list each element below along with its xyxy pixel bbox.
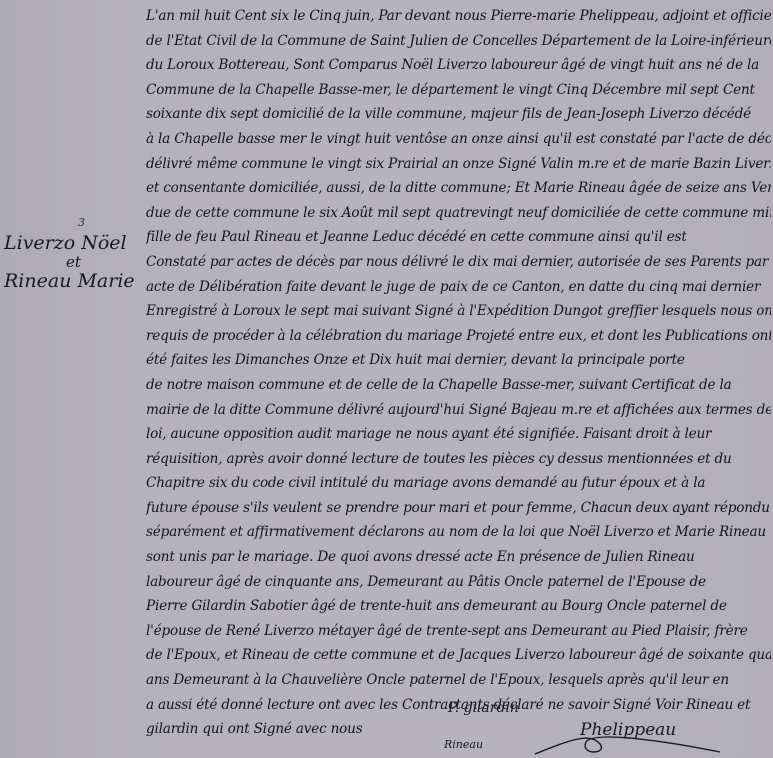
record-line: de l'Etat Civil de la Commune de Saint J…	[146, 29, 771, 54]
signature-flourish-icon	[530, 730, 730, 758]
record-line: ans Demeurant à la Chauvelière Oncle pat…	[146, 668, 771, 693]
margin-conjunction: et	[4, 254, 154, 270]
record-line: future épouse s'ils veulent se prendre p…	[146, 496, 771, 521]
record-line: loi, aucune opposition audit mariage ne …	[146, 422, 771, 447]
record-line: et consentante domiciliée, aussi, de la …	[146, 176, 771, 201]
record-line: fille de feu Paul Rineau et Jeanne Leduc…	[146, 225, 771, 250]
record-body: L'an mil huit Cent six le Cinq juin, Par…	[146, 4, 771, 742]
record-line: été faites les Dimanches Onze et Dix hui…	[146, 348, 771, 373]
record-line: Chapitre six du code civil intitulé du m…	[146, 471, 771, 496]
document-page: 3 Liverzo Nöel et Rineau Marie L'an mil …	[0, 0, 773, 758]
record-line: Pierre Gilardin Sabotier âgé de trente-h…	[146, 594, 771, 619]
margin-annotation: 3 Liverzo Nöel et Rineau Marie	[4, 232, 154, 292]
record-line: délivré même commune le vingt six Prairi…	[146, 152, 771, 177]
record-line: laboureur âgé de cinquante ans, Demeuran…	[146, 570, 771, 595]
record-line: séparément et affirmativement déclarons …	[146, 520, 771, 545]
record-line: sont unis par le mariage. De quoi avons …	[146, 545, 771, 570]
record-line: requis de procéder à la célébration du m…	[146, 324, 771, 349]
margin-groom-name: Liverzo Nöel	[4, 232, 154, 254]
signature-gilardin: P. gilardin	[448, 700, 519, 716]
margin-bride-name: Rineau Marie	[4, 270, 154, 292]
record-line: du Loroux Bottereau, Sont Comparus Noël …	[146, 53, 771, 78]
record-line: due de cette commune le six Août mil sep…	[146, 201, 771, 226]
record-line: réquisition, après avoir donné lecture d…	[146, 447, 771, 472]
record-line: Enregistré à Loroux le sept mai suivant …	[146, 299, 771, 324]
record-line: de notre maison commune et de celle de l…	[146, 373, 771, 398]
record-line: mairie de la ditte Commune délivré aujou…	[146, 398, 771, 423]
record-line: Commune de la Chapelle Basse-mer, le dép…	[146, 78, 771, 103]
record-line: à la Chapelle basse mer le vingt huit ve…	[146, 127, 771, 152]
record-line: l'épouse de René Liverzo métayer âgé de …	[146, 619, 771, 644]
record-line: L'an mil huit Cent six le Cinq juin, Par…	[146, 4, 771, 29]
record-line: de l'Epoux, et Rineau de cette commune e…	[146, 643, 771, 668]
signature-rineau: Rineau	[444, 738, 483, 751]
record-line: Constaté par actes de décès par nous dél…	[146, 250, 771, 275]
record-line: soixante dix sept domicilié de la ville …	[146, 102, 771, 127]
signature-block: P. gilardin Rineau Phelippeau	[440, 700, 770, 758]
margin-mark: 3	[78, 216, 85, 229]
record-line: acte de Délibération faite devant le jug…	[146, 275, 771, 300]
